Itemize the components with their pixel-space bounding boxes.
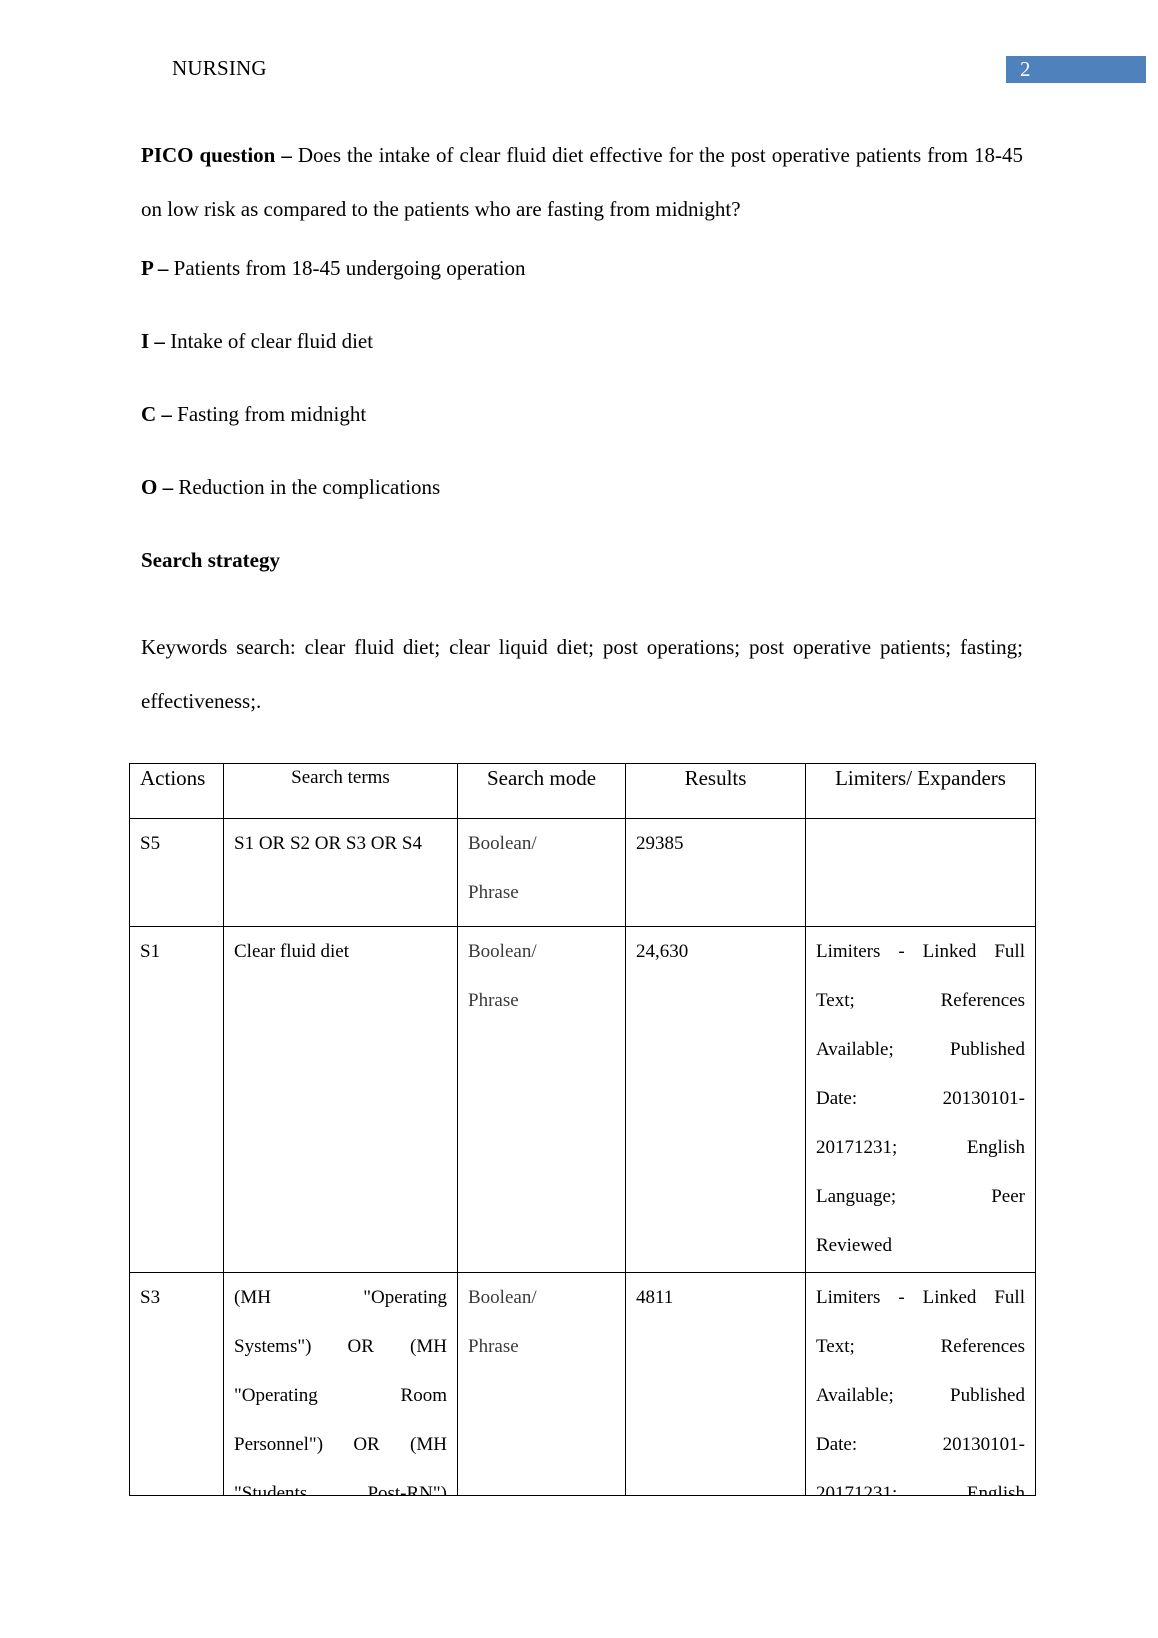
header-limiters: Limiters/ Expanders xyxy=(806,764,1036,819)
pico-c-text: Fasting from midnight xyxy=(172,402,366,426)
cell-action: S1 xyxy=(130,927,224,1273)
cell-terms: (MH "Operating Systems") OR (MH "Operati… xyxy=(224,1273,458,1496)
cell-results: 4811 xyxy=(626,1273,806,1496)
header-results: Results xyxy=(626,764,806,819)
mode-line: Boolean/ xyxy=(468,1273,615,1322)
cell-results: 24,630 xyxy=(626,927,806,1273)
limiter-line: 20171231; English xyxy=(816,1123,1025,1172)
cell-mode: Boolean/Phrase xyxy=(458,819,626,927)
table-row: S1 Clear fluid diet Boolean/Phrase 24,63… xyxy=(130,927,1036,1273)
limiter-line: Reviewed xyxy=(816,1221,1025,1270)
header-search-terms: Search terms xyxy=(224,764,458,819)
limiter-line: Limiters - Linked Full xyxy=(816,1273,1025,1322)
limiter-line: Text; References xyxy=(816,976,1025,1025)
pico-i-text: Intake of clear fluid diet xyxy=(165,329,373,353)
cell-mode: Boolean/Phrase xyxy=(458,927,626,1273)
limiter-line: Available; Published xyxy=(816,1025,1025,1074)
table-row: S5 S1 OR S2 OR S3 OR S4 Boolean/Phrase 2… xyxy=(130,819,1036,927)
pico-c-label: C – xyxy=(141,402,172,426)
cell-limiters xyxy=(806,819,1036,927)
pico-question-label: PICO question – xyxy=(141,143,292,167)
header-search-mode: Search mode xyxy=(458,764,626,819)
pico-p-label: P – xyxy=(141,256,168,280)
limiter-line: 20171231; English xyxy=(816,1469,1025,1495)
limiter-line: Language; Peer xyxy=(816,1172,1025,1221)
table-row: S3 (MH "Operating Systems") OR (MH "Oper… xyxy=(130,1273,1036,1496)
pico-i-line: I – Intake of clear fluid diet xyxy=(141,329,373,354)
header-actions: Actions xyxy=(130,764,224,819)
limiter-line: Available; Published xyxy=(816,1371,1025,1420)
mode-line: Boolean/ xyxy=(468,819,615,868)
pico-question-paragraph: PICO question – Does the intake of clear… xyxy=(141,128,1023,236)
cell-mode: Boolean/Phrase xyxy=(458,1273,626,1496)
cell-action: S3 xyxy=(130,1273,224,1496)
cell-terms: Clear fluid diet xyxy=(224,927,458,1273)
search-strategy-heading: Search strategy xyxy=(141,548,280,573)
mode-line: Phrase xyxy=(468,1322,615,1371)
cell-results: 29385 xyxy=(626,819,806,927)
terms-line: Personnel") OR (MH xyxy=(234,1420,447,1469)
limiter-line: Date: 20130101- xyxy=(816,1074,1025,1123)
pico-c-line: C – Fasting from midnight xyxy=(141,402,366,427)
table-header-row: Actions Search terms Search mode Results… xyxy=(130,764,1036,819)
terms-line: "Students, Post-RN") xyxy=(234,1469,447,1495)
pico-o-label: O – xyxy=(141,475,173,499)
mode-line: Phrase xyxy=(468,868,615,917)
mode-line: Boolean/ xyxy=(468,927,615,976)
pico-p-line: P – Patients from 18-45 undergoing opera… xyxy=(141,256,526,281)
terms-line: Systems") OR (MH xyxy=(234,1322,447,1371)
page-number-badge: 2 xyxy=(1006,56,1146,83)
cell-action: S5 xyxy=(130,819,224,927)
limiter-line: Date: 20130101- xyxy=(816,1420,1025,1469)
cell-terms: S1 OR S2 OR S3 OR S4 xyxy=(224,819,458,927)
search-results-table: Actions Search terms Search mode Results… xyxy=(129,763,1036,1496)
search-strategy-heading-text: Search strategy xyxy=(141,548,280,572)
pico-i-label: I – xyxy=(141,329,165,353)
mode-line: Phrase xyxy=(468,976,615,1025)
limiter-line: Text; References xyxy=(816,1322,1025,1371)
limiter-line: Limiters - Linked Full xyxy=(816,927,1025,976)
terms-line: (MH "Operating xyxy=(234,1273,447,1322)
pico-o-line: O – Reduction in the complications xyxy=(141,475,440,500)
keywords-paragraph: Keywords search: clear fluid diet; clear… xyxy=(141,620,1023,728)
cell-limiters: Limiters - Linked Full Text; References … xyxy=(806,1273,1036,1496)
terms-line: "Operating Room xyxy=(234,1371,447,1420)
pico-p-text: Patients from 18-45 undergoing operation xyxy=(168,256,525,280)
running-header-title: NURSING xyxy=(172,56,267,81)
cell-limiters: Limiters - Linked Full Text; References … xyxy=(806,927,1036,1273)
pico-o-text: Reduction in the complications xyxy=(173,475,440,499)
